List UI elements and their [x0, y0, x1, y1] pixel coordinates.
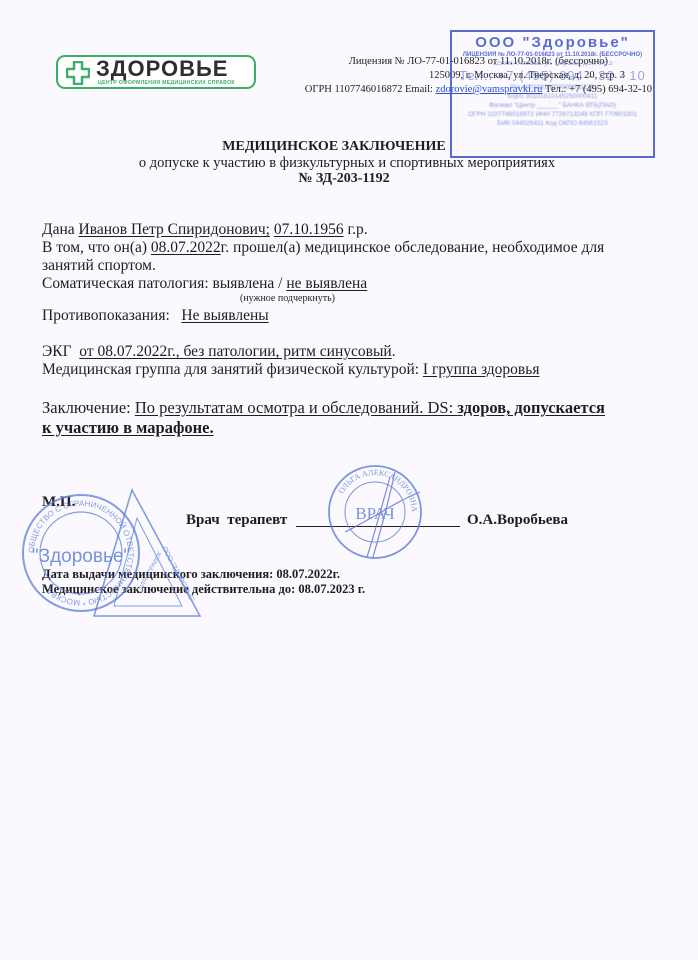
- stamp-line1: Р/с 40702810600000015125: [452, 83, 653, 92]
- clinic-logo: ЗДОРОВЬЕ ЦЕНТР ОФОРМЛЕНИЯ МЕДИЦИНСКИХ СП…: [56, 55, 256, 89]
- ecg-end: .: [392, 343, 396, 360]
- ogrn-label: ОГРН 1107746016872 Email:: [305, 84, 436, 95]
- stamp-license: ЛИЦЕНЗИЯ № ЛО-77-01-016823 от 11.10.2018…: [452, 52, 653, 58]
- somatic-label: Соматическая патология: выявлена /: [42, 275, 286, 292]
- doctor-name: О.А.Воробьева: [467, 512, 568, 529]
- conclusion-line: Заключение: По результатам осмотра и обс…: [42, 398, 605, 417]
- logo-name: ЗДОРОВЬЕ: [96, 57, 228, 81]
- stamp-line2: Кор/с 30101810145250000411: [452, 92, 653, 101]
- stamp-org: ООО "Здоровье": [452, 34, 653, 51]
- health-group-label: Медицинская группа для занятий физическо…: [42, 361, 423, 378]
- conclusion-verdict-2: к участию в марафоне.: [42, 418, 214, 437]
- document-subtitle: о допуске к участию в физкультурных и сп…: [0, 155, 696, 172]
- svg-text:ВРАЧ: ВРАЧ: [355, 504, 394, 523]
- document-title: МЕДИЦИНСКОЕ ЗАКЛЮЧЕНИЕ: [0, 139, 683, 155]
- ecg-label: ЭКГ: [42, 343, 79, 360]
- stamp-line3: Филиал "Центр ______" БАНКА ВТБ(ПАО): [452, 101, 653, 110]
- conclusion-line-2: к участию в марафоне.: [42, 418, 214, 437]
- patient-line: Дана Иванов Петр Спиридонович; 07.10.195…: [42, 220, 368, 239]
- company-triangle-stamp: ООО "ЗДОРОВЬЕ" ДЛЯ СПРАВОК: [92, 488, 202, 620]
- health-group-line: Медицинская группа для занятий физическо…: [42, 360, 539, 379]
- conclusion-text: По результатам осмотра и обследований. D…: [135, 398, 457, 417]
- somatic-hint: (нужное подчеркнуть): [240, 293, 335, 304]
- exam-line-2: занятий спортом.: [42, 256, 156, 275]
- medical-cross-icon: [66, 61, 90, 85]
- svg-text:ДЛЯ СПРАВОК: ДЛЯ СПРАВОК: [138, 550, 163, 591]
- patient-dob: 07.10.1956: [274, 221, 344, 238]
- exam-suffix: г. прошел(а) медицинское обследование, н…: [221, 239, 605, 256]
- doctor-stamp: ОЛЬГА АЛЕКСАНДРОВНА ВРАЧ: [325, 462, 425, 562]
- contraindications-value: Не выявлены: [181, 307, 268, 324]
- patient-name: Иванов Петр Спиридонович;: [79, 221, 270, 238]
- patient-label: Дана: [42, 221, 79, 238]
- dob-suffix: г.р.: [344, 221, 368, 238]
- conclusion-verdict: здоров, допускается: [457, 398, 605, 417]
- stamp-address: 125009, г. Москва, ул. Тверская, д.20, с…: [452, 61, 653, 67]
- health-group-value: I группа здоровья: [423, 361, 540, 378]
- exam-date: 08.07.2022: [151, 239, 221, 256]
- conclusion-label: Заключение:: [42, 398, 135, 417]
- logo-subtitle: ЦЕНТР ОФОРМЛЕНИЯ МЕДИЦИНСКИХ СПРАВОК: [98, 80, 235, 86]
- ecg-line: ЭКГ от 08.07.2022г., без патологии, ритм…: [42, 342, 396, 361]
- document-number: № ЗД-203-1192: [0, 171, 693, 187]
- somatic-value: не выявлена: [286, 275, 367, 292]
- contraindications-label: Противопоказания:: [42, 307, 181, 324]
- exam-line: В том, что он(а) 08.07.2022г. прошел(а) …: [42, 238, 604, 257]
- somatic-line: Соматическая патология: выявлена / не вы…: [42, 274, 367, 293]
- exam-prefix: В том, что он(а): [42, 239, 151, 256]
- ecg-value: от 08.07.2022г., без патологии, ритм син…: [79, 343, 391, 360]
- stamp-line4: ОГРН 1107746016872 ИНН 7726713248 КПП 77…: [452, 110, 653, 119]
- stamp-phone: Тел.: +7 (495) 694 - 32 - 10: [452, 68, 653, 83]
- stamp-line5: БИК 044525411 Код ОКПО 64561523: [452, 119, 653, 128]
- contraindications-line: Противопоказания: Не выявлены: [42, 306, 269, 325]
